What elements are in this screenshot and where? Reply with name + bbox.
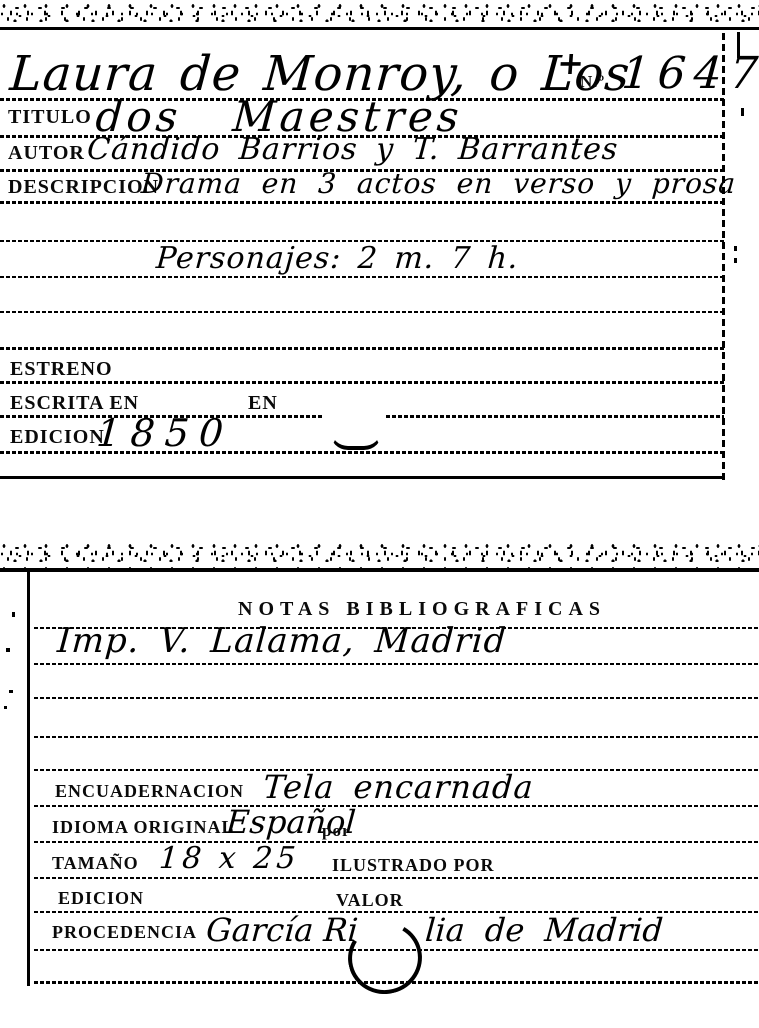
numero-label: N.º bbox=[580, 72, 605, 92]
ruled-line bbox=[34, 877, 759, 879]
top-edge-texture bbox=[0, 0, 759, 30]
field-value-procedencia-part1: García Ri bbox=[205, 911, 359, 949]
ruled-line bbox=[0, 347, 724, 350]
ruled-line bbox=[34, 949, 759, 951]
card-divider-texture bbox=[0, 540, 759, 572]
scanned-catalog-card-page: Laura de Monroy, o Los + N.º 1647 TITULO… bbox=[0, 0, 759, 1028]
field-label-idioma-original: IDIOMA ORIGINAL bbox=[52, 817, 235, 838]
ruled-line bbox=[0, 311, 724, 313]
ruled-line bbox=[0, 201, 724, 204]
scan-speck bbox=[6, 648, 10, 652]
ruled-line bbox=[34, 663, 759, 665]
field-label-valor: VALOR bbox=[336, 890, 404, 911]
field-label-por: por bbox=[322, 821, 351, 841]
field-label-titulo: TITULO bbox=[8, 106, 92, 129]
field-label-descripcion: DESCRIPCION bbox=[8, 176, 159, 199]
card1-bottom-line bbox=[0, 476, 724, 479]
ruled-line bbox=[386, 415, 724, 418]
ruled-line bbox=[34, 805, 759, 807]
scan-speck bbox=[737, 32, 740, 58]
card2-header: NOTAS BIBLIOGRAFICAS bbox=[238, 598, 606, 621]
field-value-descripcion: Drama en 3 actos en verso y prosa bbox=[140, 167, 737, 200]
field-label-estreno: ESTRENO bbox=[10, 358, 113, 381]
scan-speck bbox=[12, 612, 15, 617]
field-label-tamano: TAMAÑO bbox=[52, 853, 139, 874]
field-label-en: EN bbox=[248, 392, 278, 415]
field-value-edicion: 1850 bbox=[95, 411, 235, 455]
field-label-autor: AUTOR bbox=[8, 142, 85, 165]
ruled-line bbox=[34, 841, 759, 843]
scan-speck bbox=[734, 258, 737, 263]
card2-left-border bbox=[27, 568, 30, 986]
card1-right-border bbox=[722, 28, 725, 480]
field-label-procedencia: PROCEDENCIA bbox=[52, 922, 197, 943]
field-label-encuadernacion: ENCUADERNACION bbox=[55, 781, 244, 802]
field-label-edicion: EDICION bbox=[10, 426, 105, 449]
field-value-autor: Cándido Barrios y T. Barrantes bbox=[86, 132, 620, 167]
field-label-edicion2: EDICION bbox=[58, 888, 144, 909]
ruled-line bbox=[0, 451, 724, 454]
pen-stroke-artifact bbox=[330, 432, 382, 450]
ruled-line bbox=[0, 276, 724, 278]
ruled-line bbox=[0, 381, 724, 384]
scan-speck bbox=[9, 690, 13, 693]
field-value-encuadernacion: Tela encarnada bbox=[262, 768, 535, 806]
ruled-line bbox=[34, 697, 759, 699]
scan-speck bbox=[4, 706, 7, 709]
personajes-handwriting: Personajes: 2 m. 7 h. bbox=[155, 241, 520, 276]
ruled-line bbox=[34, 736, 759, 738]
scan-speck bbox=[734, 246, 737, 251]
field-value-procedencia-part2: lia de Madrid bbox=[424, 911, 664, 949]
field-value-tamano: 18 x 25 bbox=[158, 841, 301, 876]
scan-speck bbox=[741, 108, 744, 116]
nota-handwriting: Imp. V. Lalama, Madrid bbox=[56, 621, 508, 661]
card2-bottom-line bbox=[34, 981, 759, 984]
field-label-ilustrado-por: ILUSTRADO POR bbox=[332, 855, 495, 876]
